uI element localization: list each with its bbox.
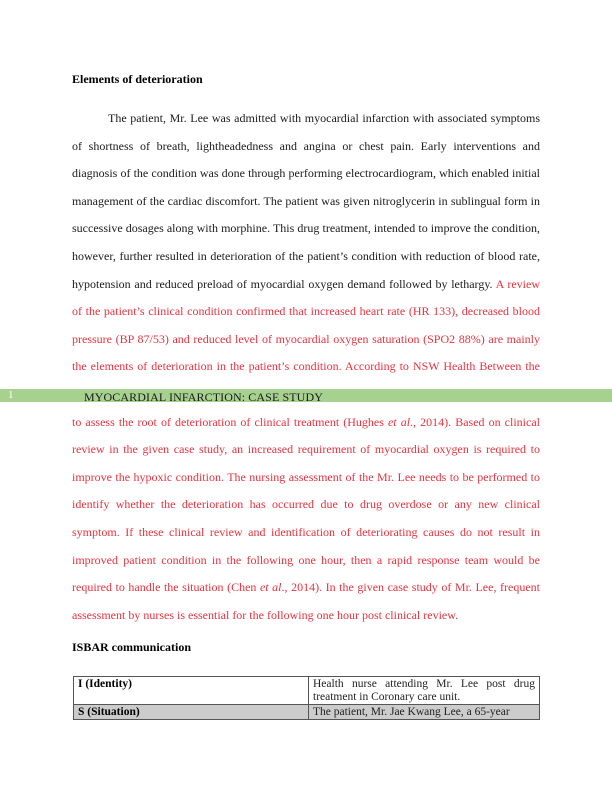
section-heading-isbar: ISBAR communication	[72, 640, 191, 654]
body-paragraph: The patient, Mr. Lee was admitted with m…	[72, 105, 540, 629]
isbar-table: I (Identity) Health nurse attending Mr. …	[73, 676, 540, 720]
table-cell-value: The patient, Mr. Jae Kwang Lee, a 65-yea…	[309, 705, 540, 720]
running-head: MYOCARDIAL INFARCTION: CASE STUDY	[84, 391, 323, 403]
table-row: I (Identity) Health nurse attending Mr. …	[74, 677, 540, 705]
paragraph-text-black: The patient, Mr. Lee was admitted with m…	[72, 111, 540, 291]
table-cell-label: I (Identity)	[74, 677, 309, 705]
paragraph-text-highlighted: ., 2014). Based on clinical review in th…	[72, 415, 540, 595]
table-row: S (Situation) The patient, Mr. Jae Kwang…	[74, 705, 540, 720]
citation-et-al: et al	[260, 580, 282, 594]
table-cell-value: Health nurse attending Mr. Lee post drug…	[309, 677, 540, 705]
page-number: 1	[8, 389, 14, 402]
section-heading-elements-of-deterioration: Elements of deterioration	[72, 72, 203, 86]
table-cell-label: S (Situation)	[74, 705, 309, 720]
paragraph-text-highlighted: A review of the patient’s clinical condi…	[72, 277, 540, 429]
citation-et-al: et al	[388, 415, 410, 429]
document-page: Elements of deterioration The patient, M…	[0, 0, 612, 792]
